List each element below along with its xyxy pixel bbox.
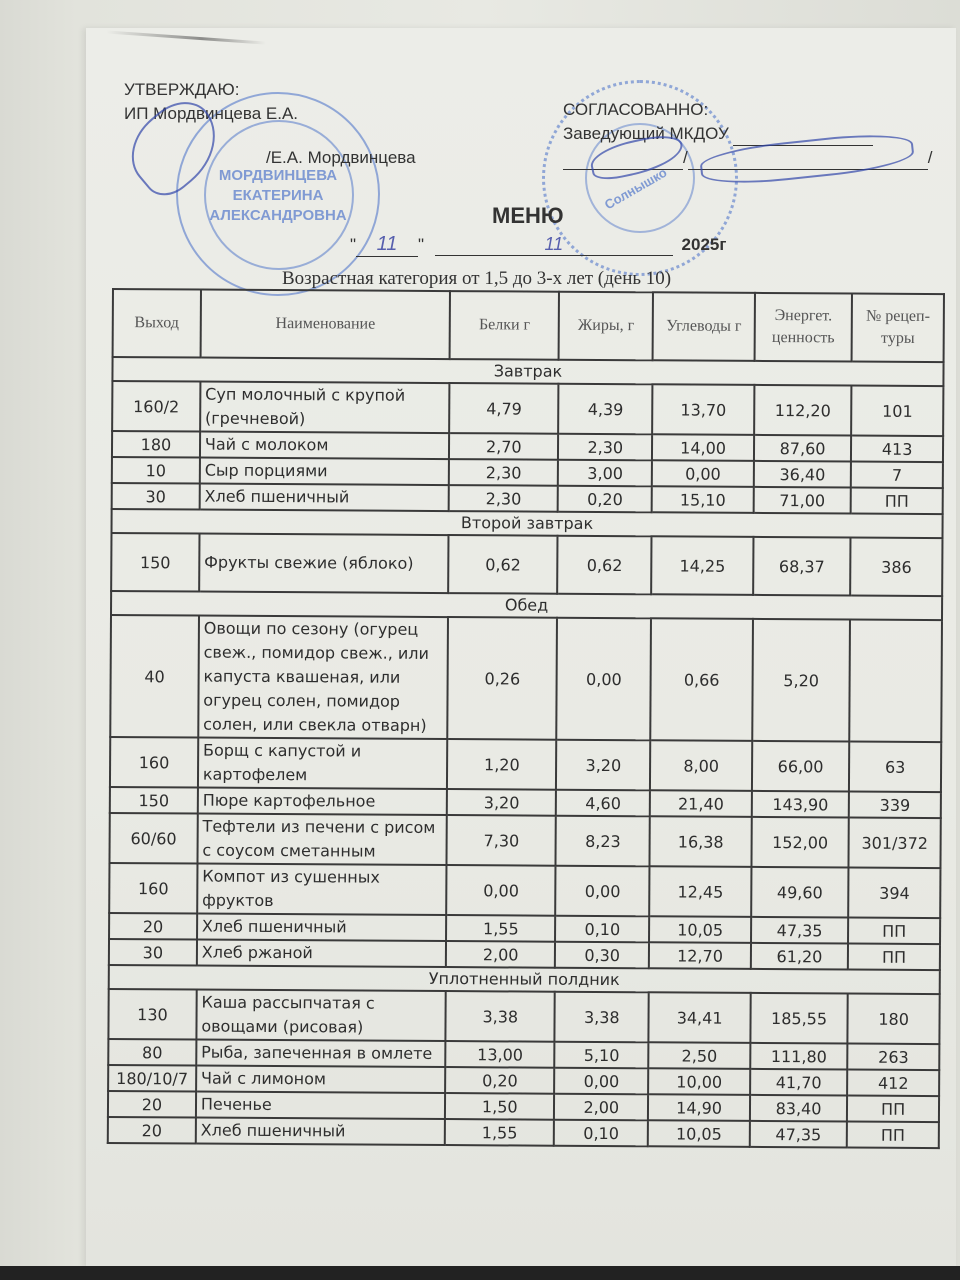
cell-carbs: 12,70 <box>649 942 751 969</box>
cell-fat: 5,10 <box>554 1042 648 1069</box>
cell-carbs: 10,05 <box>649 916 751 943</box>
cell-carbs: 21,40 <box>650 790 752 817</box>
cell-recipe: 413 <box>851 436 943 463</box>
cell-name: Каша рассыпчатая с овощами (рисовая) <box>196 990 446 1042</box>
cell-recipe: 412 <box>847 1070 939 1097</box>
cell-name: Пюре картофельное <box>198 788 448 816</box>
col-carbs: Углеводы г <box>653 292 755 361</box>
col-recipe: № рецеп-туры <box>852 294 944 363</box>
table-row: 150Фрукты свежие (яблоко)0,620,6214,2568… <box>111 533 942 596</box>
cell-energy: 71,00 <box>753 487 851 514</box>
cell-name: Сыр порциями <box>200 458 450 486</box>
col-output: Выход <box>113 289 201 358</box>
table-row: 20Хлеб пшеничный1,550,1010,0547,35ПП <box>108 1117 939 1148</box>
age-category: Возрастная категория от 1,5 до 3-х лет (… <box>282 268 671 290</box>
col-protein: Белки г <box>450 291 559 360</box>
cell-energy: 41,70 <box>750 1069 848 1096</box>
cell-fat: 3,38 <box>555 992 649 1043</box>
table-row: 60/60Тефтели из печени с рисом с соусом … <box>109 813 940 868</box>
cell-name: Борщ с капустой и картофелем <box>198 738 448 790</box>
cell-protein: 4,79 <box>449 383 558 434</box>
cell-recipe: 63 <box>849 742 941 793</box>
table-header-row: Выход Наименование Белки г Жиры, г Углев… <box>113 289 944 362</box>
cell-carbs: 14,00 <box>652 434 754 461</box>
cell-recipe: 101 <box>851 386 943 437</box>
cell-output: 20 <box>109 913 197 940</box>
cell-carbs: 14,25 <box>652 536 754 595</box>
cell-carbs: 0,00 <box>652 460 754 487</box>
cell-energy: 47,35 <box>751 917 849 944</box>
cell-energy: 36,40 <box>754 461 852 488</box>
cell-carbs: 12,45 <box>650 866 752 917</box>
cell-energy: 68,37 <box>753 537 851 596</box>
cell-protein: 2,30 <box>449 485 558 512</box>
cell-fat: 0,62 <box>557 536 652 595</box>
cell-protein: 13,00 <box>446 1041 555 1068</box>
cell-name: Хлеб пшеничный <box>197 914 447 942</box>
cell-energy: 87,60 <box>754 435 852 462</box>
cell-name: Печенье <box>196 1092 446 1120</box>
cell-protein: 1,55 <box>445 1119 554 1146</box>
cell-fat: 3,20 <box>556 740 650 791</box>
cell-output: 160 <box>109 863 197 914</box>
cell-carbs: 34,41 <box>649 992 751 1043</box>
cell-output: 180 <box>112 431 200 458</box>
cell-name: Компот из сушенных фруктов <box>197 864 447 916</box>
cell-protein: 0,62 <box>448 535 557 594</box>
cell-recipe: 7 <box>851 462 943 489</box>
cell-recipe: ПП <box>847 1122 939 1149</box>
table-row: 130Каша рассыпчатая с овощами (рисовая)3… <box>108 989 939 1044</box>
cell-fat: 2,30 <box>558 434 652 461</box>
cell-fat: 4,60 <box>556 790 650 817</box>
page-title: МЕНЮ <box>492 203 564 229</box>
cell-fat: 2,00 <box>554 1094 648 1121</box>
cell-output: 20 <box>108 1117 196 1144</box>
cell-carbs: 10,05 <box>648 1120 750 1147</box>
col-energy: Энергет. ценность <box>754 293 852 362</box>
cell-recipe: 394 <box>848 868 940 919</box>
cell-recipe <box>850 620 942 743</box>
stamp-line: ЕКАТЕРИНА <box>188 186 368 206</box>
cell-fat: 3,00 <box>558 460 652 487</box>
cell-energy: 61,20 <box>751 943 849 970</box>
cell-carbs: 8,00 <box>650 740 752 791</box>
cell-recipe: ПП <box>851 488 943 515</box>
cell-output: 150 <box>111 533 199 592</box>
cell-carbs: 10,00 <box>648 1068 750 1095</box>
cell-output: 180/10/7 <box>108 1065 196 1092</box>
agreement-label: СОГЛАСОВАННО: <box>563 98 932 122</box>
cell-name: Фрукты свежие (яблоко) <box>199 534 449 594</box>
cell-protein: 7,30 <box>447 815 556 866</box>
table-row: 160Компот из сушенных фруктов0,000,0012,… <box>109 863 940 918</box>
cell-protein: 0,20 <box>445 1067 554 1094</box>
cell-carbs: 14,90 <box>648 1094 750 1121</box>
cell-protein: 3,38 <box>446 991 555 1042</box>
cell-recipe: 180 <box>848 994 940 1045</box>
cell-fat: 0,00 <box>556 618 651 741</box>
cell-protein: 0,00 <box>447 865 556 916</box>
cell-protein: 3,20 <box>447 789 556 816</box>
cell-energy: 49,60 <box>751 867 849 918</box>
cell-name: Рыба, запеченная в омлете <box>196 1040 446 1068</box>
cell-protein: 1,55 <box>446 915 555 942</box>
cell-protein: 1,20 <box>447 739 556 790</box>
cell-recipe: ПП <box>848 944 940 971</box>
cell-energy: 185,55 <box>750 993 848 1044</box>
cell-name: Чай с лимоном <box>196 1066 446 1094</box>
menu-table: Выход Наименование Белки г Жиры, г Углев… <box>107 288 945 1149</box>
approval-label: УТВЕРЖДАЮ: <box>124 78 298 102</box>
cell-carbs: 15,10 <box>652 486 754 513</box>
cell-carbs: 0,66 <box>651 618 753 741</box>
cell-fat: 0,20 <box>558 486 652 513</box>
cell-recipe: 263 <box>848 1044 940 1071</box>
cell-energy: 152,00 <box>751 817 849 868</box>
cell-recipe: 339 <box>849 792 941 819</box>
cell-output: 80 <box>108 1039 196 1066</box>
table-row: 160Борщ с капустой и картофелем1,203,208… <box>110 737 941 792</box>
cell-energy: 111,80 <box>750 1043 848 1070</box>
cell-fat: 0,10 <box>555 916 649 943</box>
cell-fat: 4,39 <box>558 384 652 435</box>
cell-name: Суп молочный с крупой (гречневой) <box>200 382 450 434</box>
cell-carbs: 2,50 <box>649 1042 751 1069</box>
date-month: 11 <box>435 234 673 256</box>
cell-recipe: ПП <box>847 1096 939 1123</box>
approval-signer-name: /Е.А. Мордвинцева <box>266 148 416 167</box>
cell-output: 20 <box>108 1091 196 1118</box>
cell-name: Хлеб пшеничный <box>196 1118 446 1146</box>
stamp-names: МОРДВИНЦЕВА ЕКАТЕРИНА АЛЕКСАНДРОВНА <box>188 166 368 226</box>
cell-protein: 2,00 <box>446 941 555 968</box>
cell-fat: 0,00 <box>555 866 649 917</box>
cell-recipe: ПП <box>848 918 940 945</box>
cell-name: Овощи по сезону (огурец свеж., помидор с… <box>198 616 448 740</box>
background-edge <box>0 1266 960 1280</box>
cell-name: Хлеб пшеничный <box>200 484 450 512</box>
cell-output: 30 <box>109 939 197 966</box>
cell-name: Чай с молоком <box>200 432 450 460</box>
cell-output: 160/2 <box>112 381 200 432</box>
cell-protein: 2,70 <box>449 433 558 460</box>
col-fat: Жиры, г <box>559 292 654 361</box>
cell-recipe: 386 <box>850 538 942 597</box>
cell-protein: 0,26 <box>448 617 558 740</box>
approval-signer: /Е.А. Мордвинцева <box>266 146 416 170</box>
date-day: 11 <box>356 233 418 257</box>
cell-fat: 0,10 <box>554 1120 648 1147</box>
cell-recipe: 301/372 <box>849 818 941 869</box>
cell-name: Хлеб ржаной <box>197 940 447 968</box>
cell-name: Тефтели из печени с рисом с соусом смета… <box>197 814 447 866</box>
cell-energy: 143,90 <box>752 791 850 818</box>
cell-output: 150 <box>110 787 198 814</box>
cell-energy: 112,20 <box>754 385 852 436</box>
table-row: 160/2Суп молочный с крупой (гречневой)4,… <box>112 381 943 436</box>
stamp-line: АЛЕКСАНДРОВНА <box>188 206 368 226</box>
cell-protein: 2,30 <box>449 459 558 486</box>
paper-shadow <box>106 30 266 44</box>
cell-output: 10 <box>112 457 200 484</box>
cell-carbs: 16,38 <box>650 816 752 867</box>
document-date: "11" 11 2025г <box>350 233 726 257</box>
table-row: 40Овощи по сезону (огурец свеж., помидор… <box>110 615 942 742</box>
cell-energy: 47,35 <box>750 1121 848 1148</box>
cell-output: 160 <box>110 737 198 788</box>
cell-fat: 0,00 <box>554 1068 648 1095</box>
cell-output: 30 <box>112 483 200 510</box>
cell-energy: 66,00 <box>752 741 850 792</box>
cell-energy: 5,20 <box>752 619 850 742</box>
cell-protein: 1,50 <box>445 1093 554 1120</box>
cell-output: 60/60 <box>109 813 197 864</box>
cell-fat: 0,30 <box>555 942 649 969</box>
col-name: Наименование <box>200 290 450 360</box>
cell-output: 130 <box>108 989 196 1040</box>
date-year: 2025г <box>682 235 727 254</box>
cell-output: 40 <box>110 615 199 738</box>
cell-fat: 8,23 <box>556 816 650 867</box>
cell-energy: 83,40 <box>750 1095 848 1122</box>
cell-carbs: 13,70 <box>652 384 754 435</box>
